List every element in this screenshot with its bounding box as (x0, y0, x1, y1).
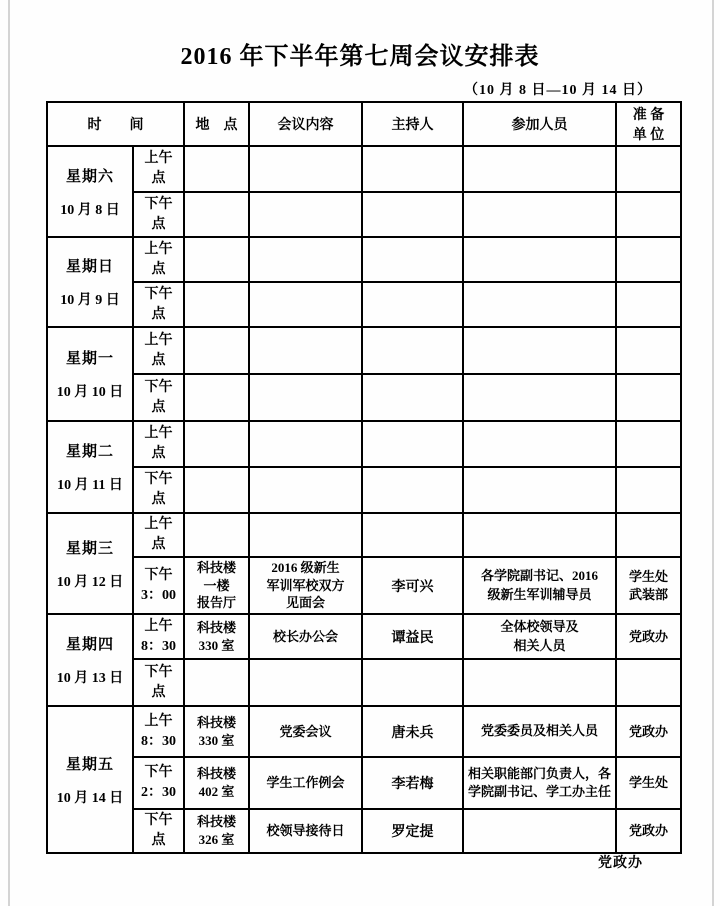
time-label: 点 (136, 398, 181, 418)
unit-cell (616, 237, 681, 282)
location-cell (184, 467, 249, 513)
participants-cell (463, 282, 616, 327)
content-cell (249, 421, 362, 467)
participants-cell (463, 146, 616, 192)
unit-cell (616, 192, 681, 237)
host-cell: 李若梅 (362, 757, 463, 809)
period-label: 上午 (136, 515, 181, 535)
day-name: 星期一 (50, 347, 130, 368)
table-row: 下午 点 科技楼 326 室 校领导接待日 罗定提 党政办 (47, 809, 681, 853)
table-row: 星期六 10 月 8 日 上午 点 (47, 146, 681, 192)
participants-cell (463, 421, 616, 467)
participants-cell (463, 467, 616, 513)
header-unit: 准 备 单 位 (616, 102, 681, 146)
time-cell: 上午 点 (133, 146, 184, 192)
table-row: 星期二 10 月 11 日 上午 点 (47, 421, 681, 467)
unit-cell: 党政办 (616, 706, 681, 757)
content-cell: 校领导接待日 (249, 809, 362, 853)
time-label: 8：30 (136, 637, 181, 657)
period-label: 上午 (136, 240, 181, 260)
period-label: 下午 (136, 195, 181, 215)
time-label: 点 (136, 215, 181, 235)
location-cell: 科技楼 326 室 (184, 809, 249, 853)
content-cell (249, 327, 362, 374)
time-label: 点 (136, 683, 181, 703)
time-cell: 下午 点 (133, 809, 184, 853)
location-cell (184, 513, 249, 557)
location-cell (184, 659, 249, 706)
time-cell: 下午 点 (133, 282, 184, 327)
time-cell: 上午 点 (133, 237, 184, 282)
unit-cell (616, 659, 681, 706)
table-row: 下午 点 (47, 659, 681, 706)
day-date: 10 月 10 日 (50, 381, 130, 401)
content-cell (249, 659, 362, 706)
location-cell (184, 237, 249, 282)
day-cell-tuesday: 星期二 10 月 11 日 (47, 421, 133, 513)
location-cell (184, 327, 249, 374)
table-row: 下午 点 (47, 192, 681, 237)
table-row: 星期日 10 月 9 日 上午 点 (47, 237, 681, 282)
time-label: 点 (136, 305, 181, 325)
header-content: 会议内容 (249, 102, 362, 146)
time-label: 3：00 (136, 586, 181, 606)
table-row: 星期一 10 月 10 日 上午 点 (47, 327, 681, 374)
host-cell (362, 146, 463, 192)
unit-cell (616, 374, 681, 421)
time-cell: 上午 点 (133, 513, 184, 557)
content-cell: 2016 级新生 军训军校双方 见面会 (249, 557, 362, 614)
location-cell (184, 282, 249, 327)
time-cell: 上午 点 (133, 327, 184, 374)
host-cell: 李可兴 (362, 557, 463, 614)
schedule-table: 时 间 地 点 会议内容 主持人 参加人员 准 备 单 位 星期六 10 月 8… (46, 101, 682, 854)
day-date: 10 月 8 日 (50, 199, 130, 219)
period-label: 下午 (136, 663, 181, 683)
participants-cell (463, 192, 616, 237)
period-label: 下午 (136, 470, 181, 490)
time-label: 点 (136, 490, 181, 510)
day-cell-monday: 星期一 10 月 10 日 (47, 327, 133, 421)
period-label: 下午 (136, 566, 181, 586)
participants-cell: 各学院副书记、2016 级新生军训辅导员 (463, 557, 616, 614)
unit-cell (616, 421, 681, 467)
content-cell: 党委会议 (249, 706, 362, 757)
location-cell: 科技楼 330 室 (184, 706, 249, 757)
unit-cell (616, 146, 681, 192)
scan-edge-left (8, 0, 10, 906)
scanned-schedule-page: 工 湖南工业大学 HUNAN UNIVERSITY OF TECHNOLOGY … (0, 0, 720, 906)
content-cell (249, 374, 362, 421)
time-cell: 下午 点 (133, 659, 184, 706)
period-label: 下午 (136, 378, 181, 398)
host-cell (362, 282, 463, 327)
time-label: 点 (136, 831, 181, 851)
unit-cell (616, 327, 681, 374)
host-cell (362, 421, 463, 467)
day-name: 星期二 (50, 440, 130, 461)
host-cell: 谭益民 (362, 614, 463, 659)
time-cell: 下午 点 (133, 192, 184, 237)
participants-cell (463, 659, 616, 706)
time-cell: 下午 3：00 (133, 557, 184, 614)
period-label: 上午 (136, 331, 181, 351)
participants-cell: 党委委员及相关人员 (463, 706, 616, 757)
location-cell (184, 421, 249, 467)
time-cell: 上午 8：30 (133, 614, 184, 659)
scan-edge-right (712, 0, 714, 906)
header-location: 地 点 (184, 102, 249, 146)
page-title: 2016 年下半年第七周会议安排表 (0, 36, 720, 71)
table-row: 下午 点 (47, 374, 681, 421)
content-cell (249, 192, 362, 237)
table-row: 下午 3：00 科技楼 一楼 报告厅 2016 级新生 军训军校双方 见面会 李… (47, 557, 681, 614)
day-name: 星期三 (50, 537, 130, 558)
table-row: 下午 2：30 科技楼 402 室 学生工作例会 李若梅 相关职能部门负责人，各… (47, 757, 681, 809)
host-cell (362, 374, 463, 421)
time-cell: 下午 点 (133, 467, 184, 513)
content-cell (249, 513, 362, 557)
content-cell (249, 237, 362, 282)
table-row: 下午 点 (47, 467, 681, 513)
unit-cell: 学生处 武装部 (616, 557, 681, 614)
svg-text:工: 工 (491, 858, 506, 874)
host-cell: 罗定提 (362, 809, 463, 853)
time-cell: 上午 8：30 (133, 706, 184, 757)
table-row: 下午 点 (47, 282, 681, 327)
participants-cell (463, 513, 616, 557)
unit-cell (616, 282, 681, 327)
unit-cell (616, 513, 681, 557)
period-label: 上午 (136, 424, 181, 444)
period-label: 上午 (136, 712, 181, 732)
location-cell: 科技楼 402 室 (184, 757, 249, 809)
content-cell: 学生工作例会 (249, 757, 362, 809)
location-cell (184, 192, 249, 237)
participants-cell (463, 809, 616, 853)
period-label: 上午 (136, 149, 181, 169)
host-cell (362, 237, 463, 282)
day-name: 星期日 (50, 255, 130, 276)
time-cell: 上午 点 (133, 421, 184, 467)
day-cell-friday: 星期五 10 月 14 日 (47, 706, 133, 853)
time-label: 2：30 (136, 783, 181, 803)
day-cell-sunday: 星期日 10 月 9 日 (47, 237, 133, 327)
day-date: 10 月 14 日 (50, 787, 130, 807)
content-cell (249, 282, 362, 327)
footer-unit-label: 党政办 (598, 852, 643, 872)
participants-cell: 相关职能部门负责人，各 学院副书记、学工办主任 (463, 757, 616, 809)
host-cell (362, 327, 463, 374)
period-label: 下午 (136, 763, 181, 783)
period-label: 下午 (136, 811, 181, 831)
day-date: 10 月 11 日 (50, 474, 130, 494)
day-date: 10 月 13 日 (50, 667, 130, 687)
unit-cell: 党政办 (616, 614, 681, 659)
header-participants: 参加人员 (463, 102, 616, 146)
table-row: 星期三 10 月 12 日 上午 点 (47, 513, 681, 557)
table-row: 星期四 10 月 13 日 上午 8：30 科技楼 330 室 校长办公会 谭益… (47, 614, 681, 659)
content-cell: 校长办公会 (249, 614, 362, 659)
participants-cell (463, 374, 616, 421)
host-cell (362, 513, 463, 557)
host-cell (362, 467, 463, 513)
unit-cell: 学生处 (616, 757, 681, 809)
participants-cell (463, 327, 616, 374)
header-row: 时 间 地 点 会议内容 主持人 参加人员 准 备 单 位 (47, 102, 681, 146)
host-cell (362, 192, 463, 237)
unit-cell: 党政办 (616, 809, 681, 853)
time-label: 点 (136, 444, 181, 464)
watermark-en-text: HUNAN UNIVERSITY OF TECHNOLOGY (526, 881, 720, 892)
time-label: 点 (136, 351, 181, 371)
unit-cell (616, 467, 681, 513)
day-name: 星期六 (50, 165, 130, 186)
location-cell (184, 146, 249, 192)
content-cell (249, 146, 362, 192)
content-cell (249, 467, 362, 513)
date-range: （10 月 8 日—10 月 14 日） (464, 79, 652, 99)
day-date: 10 月 9 日 (50, 289, 130, 309)
time-cell: 下午 2：30 (133, 757, 184, 809)
header-time: 时 间 (47, 102, 184, 146)
table-row: 星期五 10 月 14 日 上午 8：30 科技楼 330 室 党委会议 唐未兵… (47, 706, 681, 757)
day-date: 10 月 12 日 (50, 571, 130, 591)
day-name: 星期五 (50, 753, 130, 774)
location-cell: 科技楼 330 室 (184, 614, 249, 659)
time-label: 点 (136, 260, 181, 280)
time-label: 点 (136, 169, 181, 189)
period-label: 上午 (136, 617, 181, 637)
host-cell (362, 659, 463, 706)
location-cell: 科技楼 一楼 报告厅 (184, 557, 249, 614)
day-cell-thursday: 星期四 10 月 13 日 (47, 614, 133, 706)
time-cell: 下午 点 (133, 374, 184, 421)
time-label: 点 (136, 535, 181, 555)
period-label: 下午 (136, 285, 181, 305)
day-name: 星期四 (50, 633, 130, 654)
location-cell (184, 374, 249, 421)
host-cell: 唐未兵 (362, 706, 463, 757)
time-label: 8：30 (136, 732, 181, 752)
day-cell-wednesday: 星期三 10 月 12 日 (47, 513, 133, 614)
day-cell-saturday: 星期六 10 月 8 日 (47, 146, 133, 237)
participants-cell (463, 237, 616, 282)
participants-cell: 全体校领导及 相关人员 (463, 614, 616, 659)
header-host: 主持人 (362, 102, 463, 146)
